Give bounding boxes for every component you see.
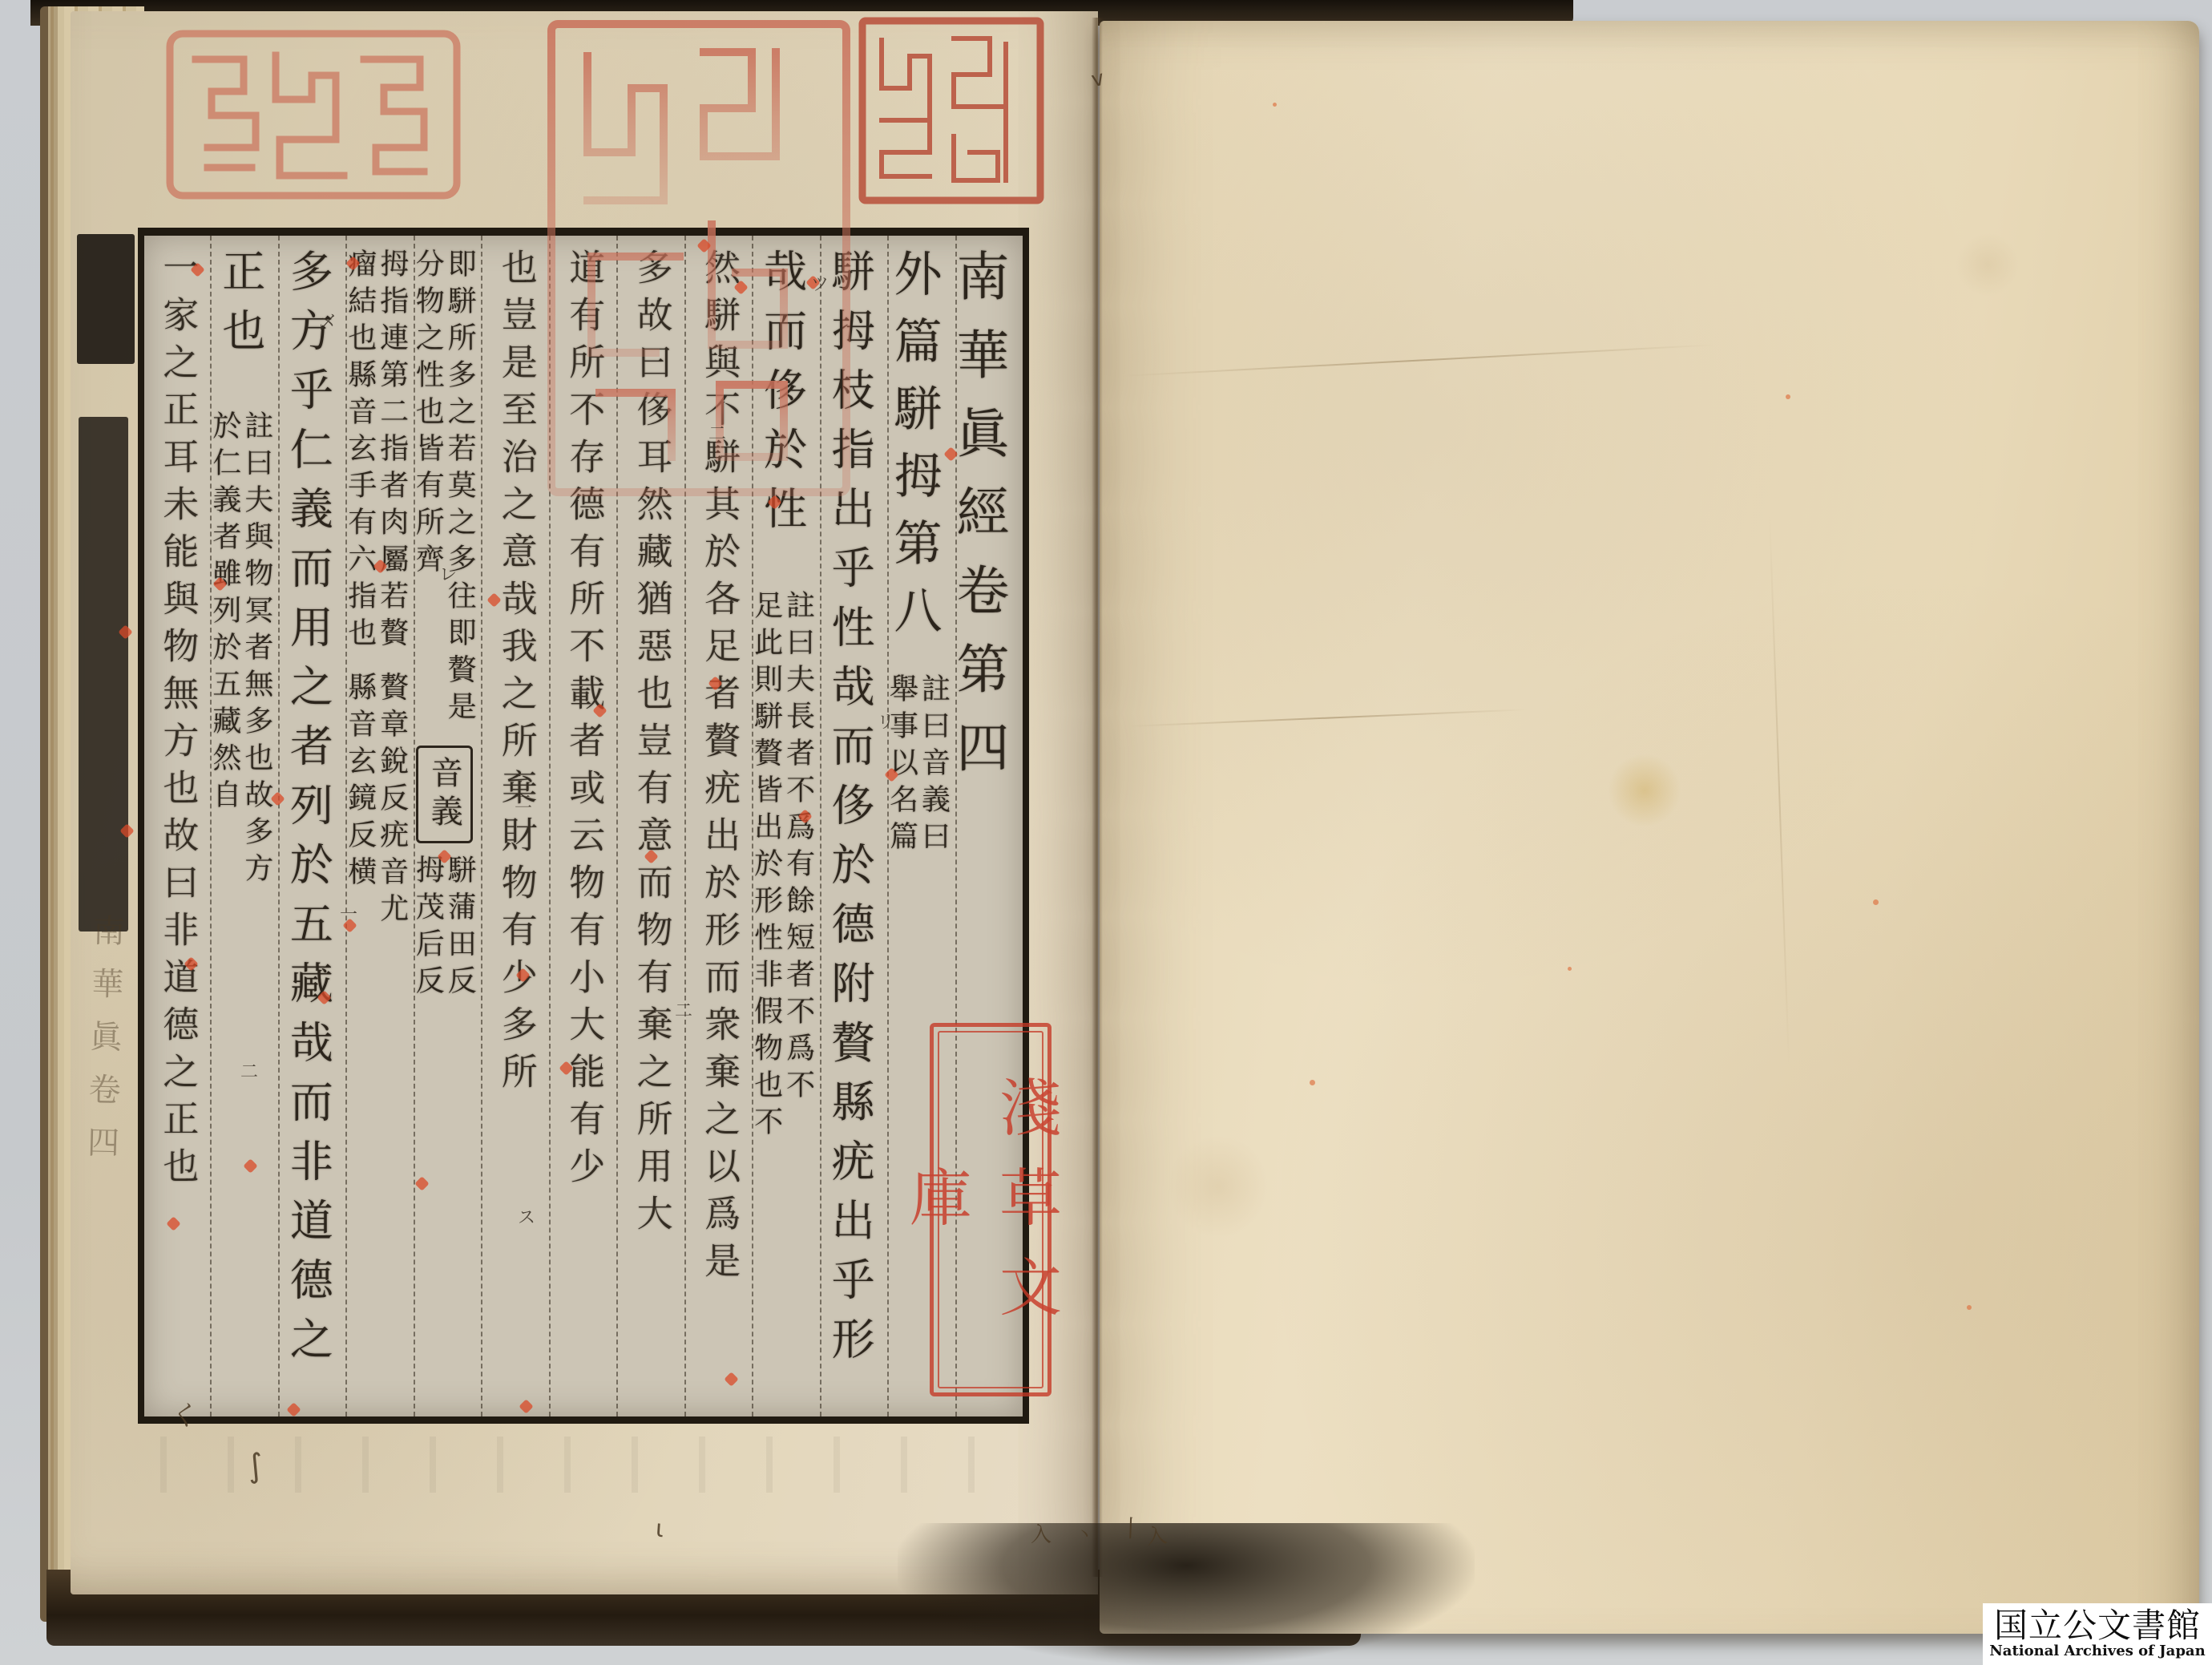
asakusa-bunko-seal: 淺草文庫 xyxy=(930,1023,1052,1396)
archive-watermark: 国立公文書館 National Archives of Japan xyxy=(1983,1603,2212,1665)
commentary-subcolumn: 瘤結也縣音玄手有六指也 xyxy=(345,249,374,654)
ink-mark: 丨 xyxy=(1118,1508,1144,1544)
commentary-text: 一家之正耳未能與物無方也故曰非道德之正也 xyxy=(156,249,199,1194)
kunten-mark: ツ xyxy=(811,271,829,296)
scanned-book-photo: 南華眞卷四 南華眞經卷第四外篇駢拇第八註曰音義曰舉事以名篇駢拇枝指出乎性哉而侈於… xyxy=(0,0,2212,1665)
commentary-subcolumn: 註曰夫長者不爲有餘短者不爲不 xyxy=(781,590,813,1143)
main-text: 正也 xyxy=(216,249,266,367)
paper-speck xyxy=(1873,899,1879,905)
paper-speck xyxy=(1568,967,1572,971)
commentary-subcolumn: 即駢所多之若莫之多往即贅是 xyxy=(442,249,474,728)
underleaf-frame-ghost xyxy=(77,234,135,364)
heading-text: 外篇駢拇第八 xyxy=(887,249,942,653)
commentary-subcolumn: 拇指連第二指者肉屬若贅 xyxy=(375,249,407,654)
book-gutter xyxy=(1092,18,1103,1577)
kunten-mark: 一 xyxy=(340,901,357,926)
text-column: 正也註曰夫與物冥者無多也故多方於仁義者雖列於五藏然自 xyxy=(210,236,277,1416)
title-text: 南華眞經卷第四 xyxy=(955,249,1009,798)
top-left-collection-seal-icon xyxy=(163,27,463,202)
gutter-shadow xyxy=(898,1523,1475,1665)
commentary-subcolumn: 駢蒲田反 xyxy=(442,855,474,1002)
right-page xyxy=(1100,21,2199,1634)
yinyi-section-box: 音義 xyxy=(416,746,473,843)
kunten-mark: 二 xyxy=(240,1058,258,1083)
asakusa-bunko-seal-text: 淺草文庫 xyxy=(956,1038,1070,1381)
main-text: 多方乎仁義而用之者列於五藏哉而非道德之 xyxy=(283,249,333,1376)
commentary-subcolumn: 拇茂后反 xyxy=(414,855,442,1002)
kunten-mark: 二 xyxy=(515,789,532,814)
commentary-subcolumn: 舉事以名篇 xyxy=(887,673,916,858)
paper-stain xyxy=(1608,754,1681,827)
ink-mark: 入 xyxy=(1031,1518,1052,1548)
ink-mark: 入 xyxy=(1144,1519,1169,1551)
kunten-mark: 二 xyxy=(675,997,692,1022)
kunten-mark: リ xyxy=(877,709,894,733)
kunten-mark: ス xyxy=(518,1204,535,1229)
text-column: 即駢所多之若莫之多往即贅是分物之性也皆有所齊音義駢蒲田反拇茂后反 xyxy=(414,236,481,1416)
commentary-subcolumn: 足此則駢贅皆出於形性非假物也不 xyxy=(752,590,781,1143)
text-column: 多方乎仁義而用之者列於五藏哉而非道德之 xyxy=(278,236,345,1416)
commentary-subcolumn: 縣音玄鏡反横 xyxy=(345,672,374,930)
paper-speck xyxy=(1967,1305,1972,1310)
commentary-subcolumn: 於仁義者雖列於五藏然自 xyxy=(210,410,239,890)
ink-mark: 丶 xyxy=(1076,1522,1093,1546)
top-right-collection-seal-icon xyxy=(858,16,1045,205)
commentary-subcolumn: 註曰夫與物冥者無多也故多方 xyxy=(240,410,272,890)
underleaf-frame-ghost xyxy=(79,417,128,932)
kunten-mark: 乄 xyxy=(319,309,337,334)
text-column: 也豈是至治之意哉我之所棄財物有少多所 xyxy=(481,236,548,1416)
text-column: 拇指連第二指者肉屬若贅瘤結也縣音玄手有六指也贅章銳反疣音尤縣音玄鏡反横 xyxy=(345,236,413,1416)
text-column: 一家之正耳未能與物無方也故曰非道德之正也 xyxy=(144,236,210,1416)
paper-stain xyxy=(1956,232,2020,297)
paper-speck xyxy=(1310,1080,1315,1085)
paper-speck xyxy=(1786,394,1790,399)
paper-speck xyxy=(1273,103,1277,107)
kunten-mark: レ xyxy=(439,561,457,586)
archive-name-en: National Archives of Japan xyxy=(1989,1643,2205,1659)
paper-stain xyxy=(1167,1135,1269,1238)
commentary-subcolumn: 贅章銳反疣音尤 xyxy=(375,672,407,930)
kunten-mark: 二 xyxy=(708,420,726,445)
top-center-collection-seal-icon xyxy=(543,16,854,500)
ink-bleed-streaks xyxy=(160,1437,994,1493)
commentary-subcolumn: 註曰音義曰 xyxy=(917,673,949,858)
archive-name-jp: 国立公文書館 xyxy=(1994,1609,2201,1643)
commentary-text: 也豈是至治之意哉我之所棄財物有少多所 xyxy=(495,249,538,1100)
commentary-subcolumn: 分物之性也皆有所齊 xyxy=(414,249,442,728)
